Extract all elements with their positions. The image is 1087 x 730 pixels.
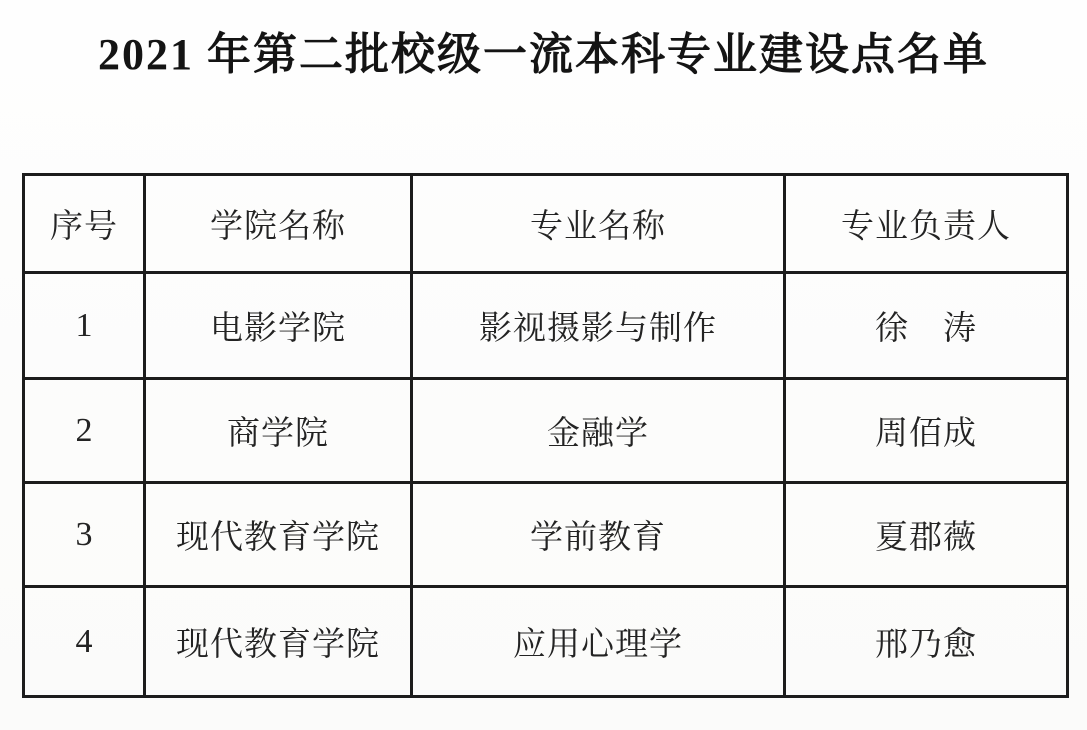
cell-college: 现代教育学院 — [145, 587, 412, 697]
cell-major: 影视摄影与制作 — [412, 273, 785, 379]
cell-college: 现代教育学院 — [145, 483, 412, 587]
column-header-leader: 专业负责人 — [785, 175, 1068, 273]
cell-leader: 徐 涛 — [785, 273, 1068, 379]
cell-no: 4 — [24, 587, 145, 697]
column-header-index: 序号 — [24, 175, 145, 273]
table-header-row: 序号 学院名称 专业名称 专业负责人 — [24, 175, 1068, 273]
page-title: 2021 年第二批校级一流本科专业建设点名单 — [0, 30, 1087, 81]
cell-no: 2 — [24, 379, 145, 483]
table-row: 2 商学院 金融学 周佰成 — [24, 379, 1068, 483]
cell-major: 学前教育 — [412, 483, 785, 587]
cell-leader: 邢乃愈 — [785, 587, 1068, 697]
cell-major: 金融学 — [412, 379, 785, 483]
table-row: 4 现代教育学院 应用心理学 邢乃愈 — [24, 587, 1068, 697]
cell-no: 1 — [24, 273, 145, 379]
cell-college: 电影学院 — [145, 273, 412, 379]
column-header-college: 学院名称 — [145, 175, 412, 273]
cell-no: 3 — [24, 483, 145, 587]
table-row: 3 现代教育学院 学前教育 夏郡薇 — [24, 483, 1068, 587]
cell-college: 商学院 — [145, 379, 412, 483]
table-row: 1 电影学院 影视摄影与制作 徐 涛 — [24, 273, 1068, 379]
majors-table: 序号 学院名称 专业名称 专业负责人 1 电影学院 影视摄影与制作 徐 涛 2 … — [22, 173, 1069, 698]
cell-major: 应用心理学 — [412, 587, 785, 697]
cell-leader: 周佰成 — [785, 379, 1068, 483]
column-header-major: 专业名称 — [412, 175, 785, 273]
cell-leader: 夏郡薇 — [785, 483, 1068, 587]
document-page: 2021 年第二批校级一流本科专业建设点名单 序号 学院名称 专业名称 专业负责… — [0, 0, 1087, 730]
